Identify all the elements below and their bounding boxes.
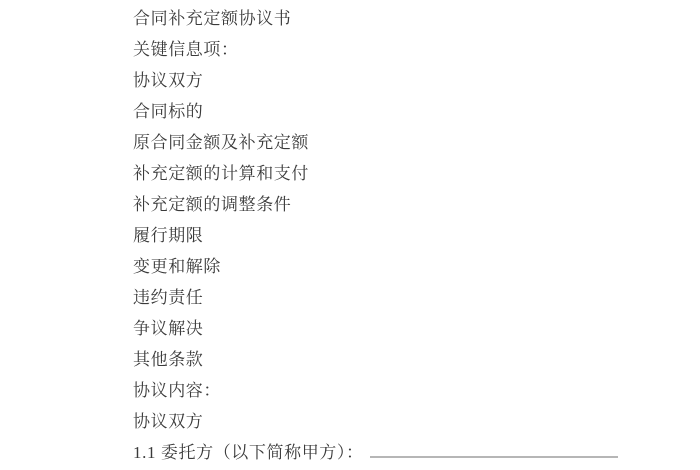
line-text: 变更和解除 xyxy=(133,257,221,276)
line-text: 其他条款 xyxy=(133,350,203,369)
line-text: 补充定额的计算和支付 xyxy=(133,164,309,183)
document-line: 补充定额的计算和支付 xyxy=(133,158,618,189)
document-line: 违约责任 xyxy=(133,282,618,313)
document-line: 其他条款 xyxy=(133,344,618,375)
document-page: 合同补充定额协议书关键信息项：协议双方合同标的原合同金额及补充定额补充定额的计算… xyxy=(0,0,700,470)
document-line: 补充定额的调整条件 xyxy=(133,189,618,220)
document-line: 履行期限 xyxy=(133,220,618,251)
line-text: 违约责任 xyxy=(133,288,203,307)
fill-in-blank-line xyxy=(370,443,618,458)
line-text: 合同补充定额协议书 xyxy=(133,9,291,28)
document-body: 合同补充定额协议书关键信息项：协议双方合同标的原合同金额及补充定额补充定额的计算… xyxy=(133,3,618,468)
document-line: 协议双方 xyxy=(133,65,618,96)
document-line: 关键信息项： xyxy=(133,34,618,65)
line-text: 补充定额的调整条件 xyxy=(133,195,291,214)
line-text: 1.1 委托方（以下简称甲方）： xyxy=(133,443,364,462)
document-line: 合同标的 xyxy=(133,96,618,127)
document-line: 原合同金额及补充定额 xyxy=(133,127,618,158)
line-text: 合同标的 xyxy=(133,102,203,121)
line-text: 履行期限 xyxy=(133,226,203,245)
line-text: 争议解决 xyxy=(133,319,203,338)
document-line: 争议解决 xyxy=(133,313,618,344)
document-line: 1.1 委托方（以下简称甲方）： xyxy=(133,437,618,468)
document-title-line: 合同补充定额协议书 xyxy=(133,3,618,34)
line-text: 原合同金额及补充定额 xyxy=(133,133,309,152)
document-line: 协议内容： xyxy=(133,375,618,406)
line-text: 协议内容： xyxy=(133,381,221,400)
line-text: 关键信息项： xyxy=(133,40,239,59)
line-text: 协议双方 xyxy=(133,412,203,431)
document-line: 变更和解除 xyxy=(133,251,618,282)
line-text: 协议双方 xyxy=(133,71,203,90)
document-line: 协议双方 xyxy=(133,406,618,437)
